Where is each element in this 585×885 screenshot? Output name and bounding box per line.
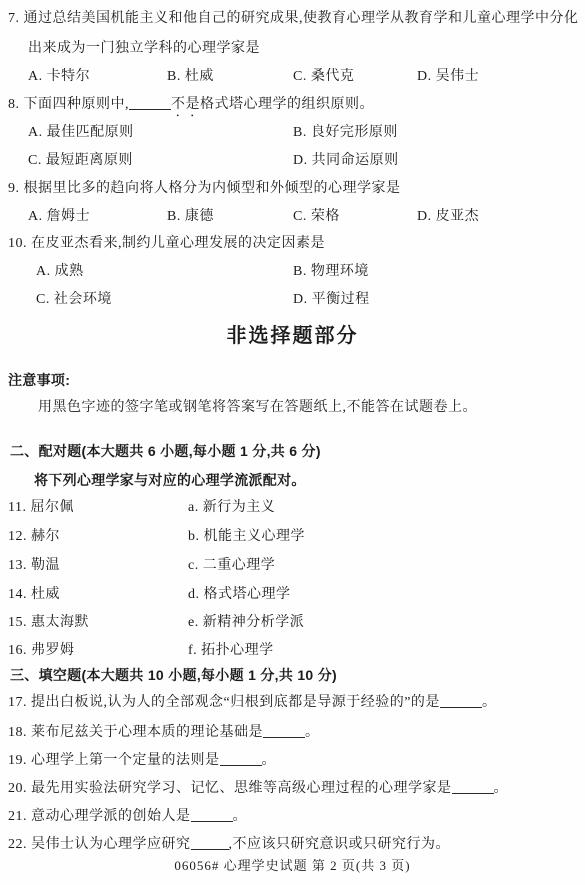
q7-option-a: A. 卡特尔 xyxy=(28,68,90,86)
q18-text-post: 。 xyxy=(305,725,320,740)
q18-blank-line xyxy=(263,732,305,738)
notes-body: 用黑色字迹的签字笔或钢笔将答案写在答题纸上,不能答在试题卷上。 xyxy=(38,399,477,417)
q17-text-pre: 17. 提出白板说,认为人的全部观念“归根到底都是导源于经验的”的是 xyxy=(8,695,440,710)
q22-blank-line xyxy=(191,844,229,850)
matching-right-e: e. 新精神分析学派 xyxy=(188,614,304,632)
q9-option-b: B. 康德 xyxy=(167,208,214,226)
exam-paper-page: 7. 通过总结美国机能主义和他自己的研究成果,使教育心理学从教育学和儿童心理学中… xyxy=(0,0,585,885)
q20-text: 20. 最先用实验法研究学习、记忆、思维等高级心理过程的心理学家是。 xyxy=(8,780,508,798)
q7-text-line2: 出来成为一门独立学科的心理学家是 xyxy=(28,40,260,58)
q8-emphasized-word: 不是 xyxy=(171,97,200,112)
q21-blank-line xyxy=(191,816,233,822)
q22-text-pre: 22. 吴伟士认为心理学应研究 xyxy=(8,837,191,852)
q7-option-c: C. 桑代克 xyxy=(293,68,354,86)
q8-text: 8. 下面四种原则中,不是格式塔心理学的组织原则。 xyxy=(8,96,374,120)
page-footer: 06056# 心理学史试题 第 2 页(共 3 页) xyxy=(0,858,585,875)
matching-right-d: d. 格式塔心理学 xyxy=(188,586,291,604)
q20-text-pre: 20. 最先用实验法研究学习、记忆、思维等高级心理过程的心理学家是 xyxy=(8,781,452,796)
q20-text-post: 。 xyxy=(494,781,509,796)
matching-left-14: 14. 杜威 xyxy=(8,586,60,604)
matching-left-15: 15. 惠太海默 xyxy=(8,614,89,632)
q7-option-d: D. 吴伟士 xyxy=(417,68,479,86)
matching-right-c: c. 二重心理学 xyxy=(188,557,275,575)
q22-text: 22. 吴伟士认为心理学应研究,不应该只研究意识或只研究行为。 xyxy=(8,836,450,854)
q8-text-pre: 8. 下面四种原则中, xyxy=(8,97,129,112)
matching-left-12: 12. 赫尔 xyxy=(8,528,60,546)
matching-instruction: 将下列心理学家与对应的心理学流派配对。 xyxy=(34,471,306,489)
matching-left-16: 16. 弗罗姆 xyxy=(8,642,75,660)
notes-title: 注意事项: xyxy=(8,371,70,389)
q20-blank-line xyxy=(452,788,494,794)
q10-option-a: A. 成熟 xyxy=(36,263,84,281)
q8-option-c: C. 最短距离原则 xyxy=(28,152,133,170)
q9-option-d: D. 皮亚杰 xyxy=(417,208,479,226)
non-mcq-section-heading: 非选择题部分 xyxy=(0,323,585,349)
q18-text-pre: 18. 莱布尼兹关于心理本质的理论基础是 xyxy=(8,725,263,740)
matching-right-f: f. 拓扑心理学 xyxy=(188,642,274,660)
q21-text-post: 。 xyxy=(233,809,248,824)
q19-text-post: 。 xyxy=(262,753,277,768)
matching-section-title: 二、配对题(本大题共 6 小题,每小题 1 分,共 6 分) xyxy=(10,442,321,460)
q10-option-c: C. 社会环境 xyxy=(36,291,112,309)
q10-text: 10. 在皮亚杰看来,制约儿童心理发展的决定因素是 xyxy=(8,235,325,253)
q17-blank-line xyxy=(440,702,482,708)
matching-right-a: a. 新行为主义 xyxy=(188,499,275,517)
q9-text: 9. 根据里比多的趋向将人格分为内倾型和外倾型的心理学家是 xyxy=(8,180,401,198)
q8-option-d: D. 共同命运原则 xyxy=(293,152,399,170)
q10-option-b: B. 物理环境 xyxy=(293,263,369,281)
q18-text: 18. 莱布尼兹关于心理本质的理论基础是。 xyxy=(8,724,320,742)
q19-text: 19. 心理学上第一个定量的法则是。 xyxy=(8,752,276,770)
q22-text-post: ,不应该只研究意识或只研究行为。 xyxy=(229,837,451,852)
q19-blank-line xyxy=(220,760,262,766)
q21-text: 21. 意动心理学派的创始人是。 xyxy=(8,808,247,826)
q9-option-c: C. 荣格 xyxy=(293,208,340,226)
fill-in-section-title: 三、填空题(本大题共 10 小题,每小题 1 分,共 10 分) xyxy=(10,666,337,684)
q8-text-post: 格式塔心理学的组织原则。 xyxy=(200,97,374,112)
matching-right-b: b. 机能主义心理学 xyxy=(188,528,305,546)
q17-text: 17. 提出白板说,认为人的全部观念“归根到底都是导源于经验的”的是。 xyxy=(8,694,496,712)
q7-text-line1: 7. 通过总结美国机能主义和他自己的研究成果,使教育心理学从教育学和儿童心理学中… xyxy=(8,10,579,28)
q8-option-a: A. 最佳匹配原则 xyxy=(28,124,134,142)
q7-option-b: B. 杜威 xyxy=(167,68,214,86)
q9-option-a: A. 詹姆士 xyxy=(28,208,90,226)
q19-text-pre: 19. 心理学上第一个定量的法则是 xyxy=(8,753,220,768)
matching-left-13: 13. 勒温 xyxy=(8,557,60,575)
q17-text-post: 。 xyxy=(482,695,497,710)
matching-left-11: 11. 屈尔佩 xyxy=(8,499,74,517)
q21-text-pre: 21. 意动心理学派的创始人是 xyxy=(8,809,191,824)
q8-blank-line xyxy=(129,104,171,110)
q10-option-d: D. 平衡过程 xyxy=(293,291,370,309)
q8-option-b: B. 良好完形原则 xyxy=(293,124,398,142)
